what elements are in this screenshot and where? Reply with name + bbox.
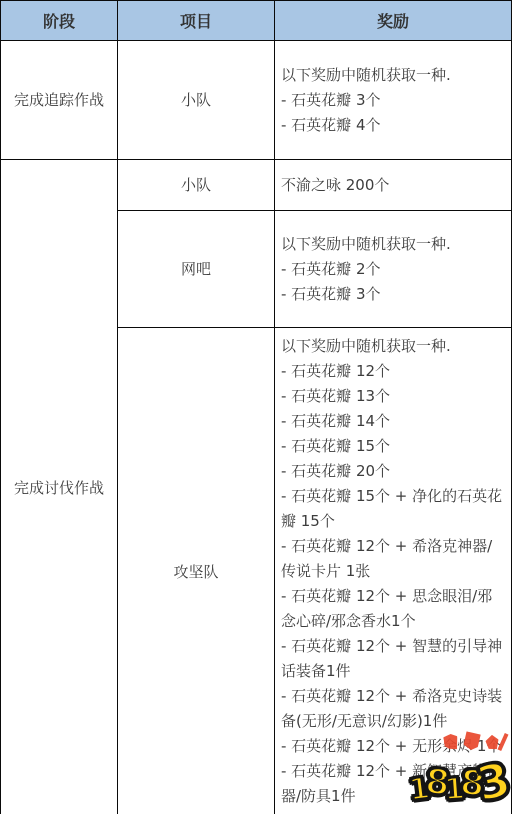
reward-line: - 石英花瓣 3个 <box>281 282 507 307</box>
reward-line: - 石英花瓣 2个 <box>281 257 507 282</box>
stage-cell-subjugation: 完成讨伐作战 <box>1 160 118 814</box>
table-row-subjugation-squad: 完成讨伐作战 小队 不渝之咏 200个 <box>1 160 512 211</box>
reward-line: - 石英花瓣 15个 + 净化的石英花瓣 15个 <box>281 484 507 534</box>
reward-line: - 石英花瓣 13个 <box>281 384 507 409</box>
reward-line: - 石英花瓣 15个 <box>281 434 507 459</box>
reward-line: 以下奖励中随机获取一种. <box>281 63 507 88</box>
reward-line: 不渝之咏 200个 <box>281 173 507 198</box>
col-header-stage: 阶段 <box>1 1 118 41</box>
reward-line: - 石英花瓣 12个 <box>281 359 507 384</box>
reward-line: - 石英花瓣 14个 <box>281 409 507 434</box>
reward-cell-chase-squad: 以下奖励中随机获取一种. - 石英花瓣 3个 - 石英花瓣 4个 <box>275 41 512 160</box>
reward-line: - 石英花瓣 12个 + 希洛克神器/传说卡片 1张 <box>281 534 507 584</box>
reward-line: - 石英花瓣 3个 <box>281 88 507 113</box>
reward-cell-raid-party: 以下奖励中随机获取一种. - 石英花瓣 12个 - 石英花瓣 13个 - 石英花… <box>275 328 512 814</box>
reward-line: - 石英花瓣 12个 + 智慧的引导神话装备1件 <box>281 634 507 684</box>
reward-table-page: 阶段 项目 奖励 完成追踪作战 小队 以下奖励中随机获取一种. - 石英花瓣 3… <box>0 0 513 814</box>
reward-line: - 石英花瓣 12个 + 新智慧产物武器/防具1件 <box>281 759 507 809</box>
stage-cell-chase: 完成追踪作战 <box>1 41 118 160</box>
item-cell-raid-party: 攻坚队 <box>118 328 275 814</box>
reward-line: - 石英花瓣 12个 + 无形余烬 1个 <box>281 734 507 759</box>
col-header-item: 项目 <box>118 1 275 41</box>
table-row-chase-op: 完成追踪作战 小队 以下奖励中随机获取一种. - 石英花瓣 3个 - 石英花瓣 … <box>1 41 512 160</box>
reward-cell-subjugation-squad: 不渝之咏 200个 <box>275 160 512 211</box>
reward-cell-net-cafe: 以下奖励中随机获取一种. - 石英花瓣 2个 - 石英花瓣 3个 <box>275 211 512 328</box>
reward-line: 以下奖励中随机获取一种. <box>281 334 507 359</box>
header-row: 阶段 项目 奖励 <box>1 1 512 41</box>
reward-table: 阶段 项目 奖励 完成追踪作战 小队 以下奖励中随机获取一种. - 石英花瓣 3… <box>0 0 512 814</box>
item-cell-net-cafe: 网吧 <box>118 211 275 328</box>
reward-line: - 石英花瓣 12个 + 思念眼泪/邪念心碎/邪念香水1个 <box>281 584 507 634</box>
item-cell-squad-2: 小队 <box>118 160 275 211</box>
reward-line: 以下奖励中随机获取一种. <box>281 232 507 257</box>
item-cell-squad-1: 小队 <box>118 41 275 160</box>
reward-line: - 石英花瓣 4个 <box>281 113 507 138</box>
reward-line: - 石英花瓣 12个 + 希洛克史诗装备(无形/无意识/幻影)1件 <box>281 684 507 734</box>
reward-line: - 石英花瓣 20个 <box>281 459 507 484</box>
col-header-reward: 奖励 <box>275 1 512 41</box>
